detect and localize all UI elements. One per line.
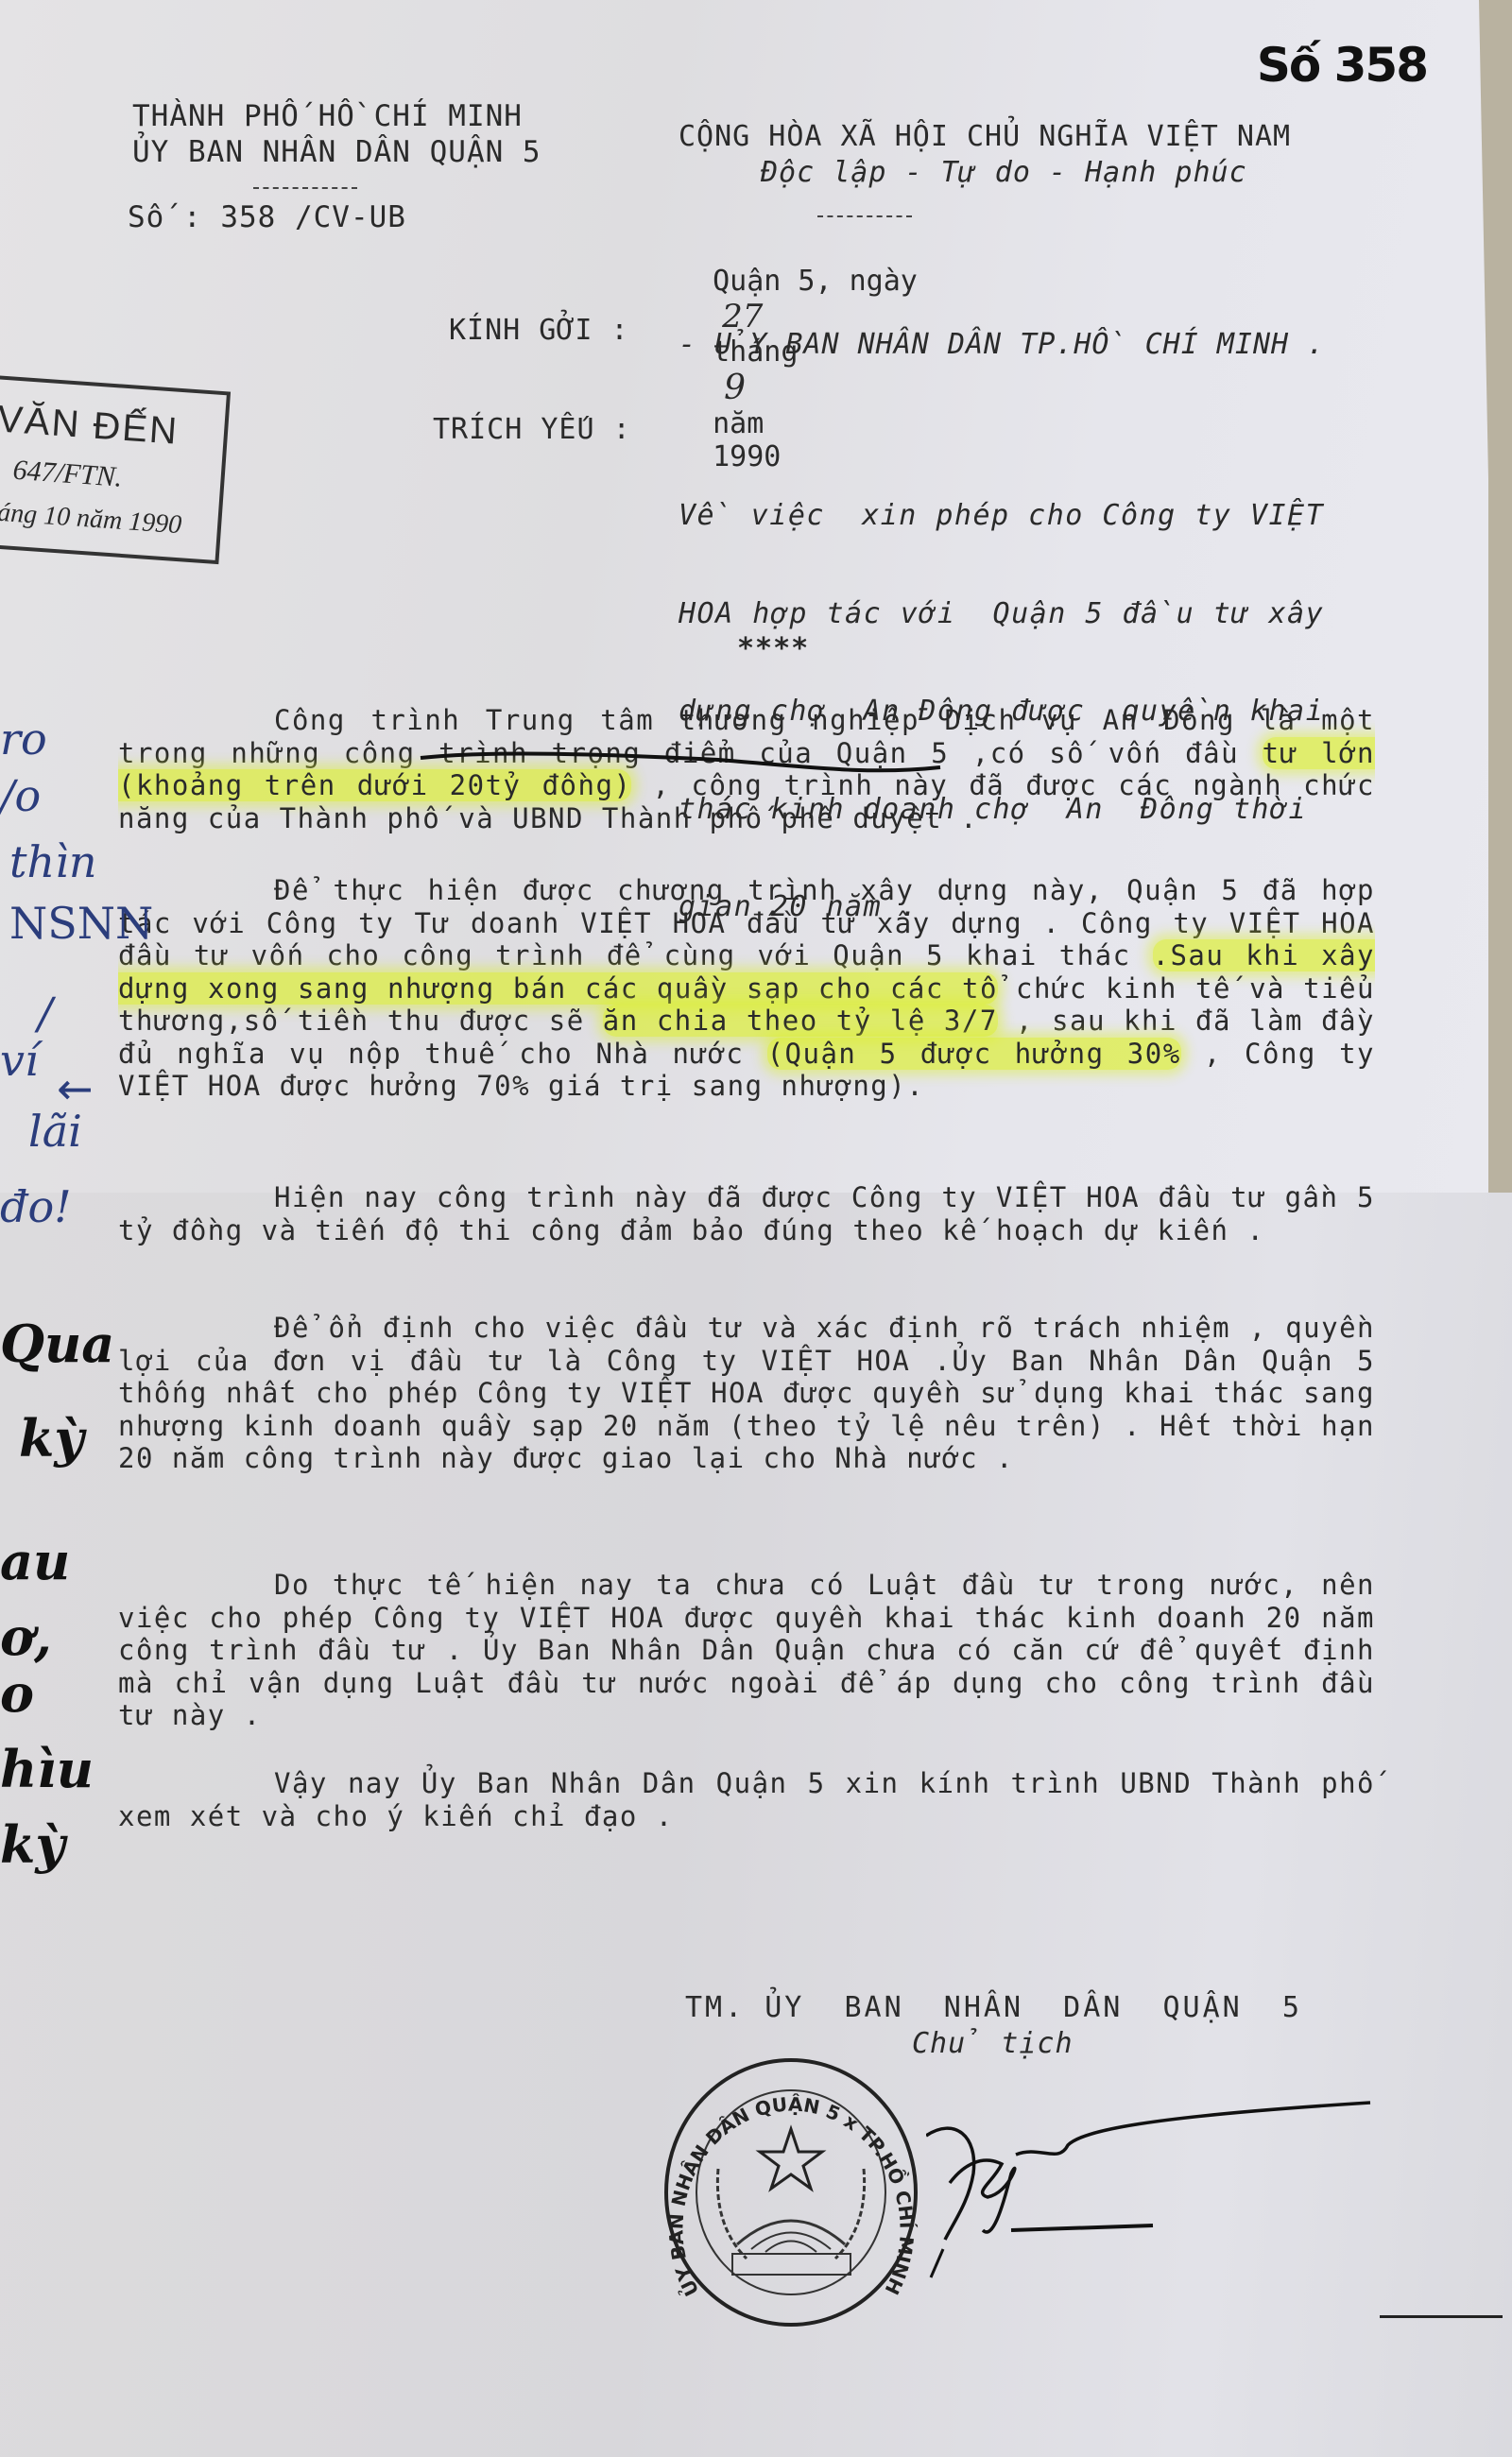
edge-mark	[1380, 2315, 1503, 2318]
seal-text: ỦY BAN NHÂN DÂN QUẬN 5 x TP.HỒ CHÍ MINH	[664, 2093, 918, 2301]
margin-note-blue-6: ví	[0, 1035, 39, 1086]
margin-note-black-7: kỳ	[0, 1814, 65, 1875]
body-text: Do thực tế hiện nay ta chưa có Luật đầu …	[118, 1569, 1375, 1731]
margin-note-blue-5: /	[38, 988, 53, 1039]
signature-title: TM. ỦY BAN NHÂN DÂN QUẬN 5	[685, 1994, 1302, 2022]
body-text: Vậy nay Ủy Ban Nhân Dân Quận 5 xin kính …	[118, 1767, 1375, 1832]
highlighted-text: (Quận 5 được hưởng 30%	[767, 1038, 1181, 1070]
margin-note-black-6: hìu	[0, 1739, 94, 1799]
header-right-divider	[817, 215, 912, 217]
star-icon	[760, 2129, 822, 2189]
pen-underline	[416, 747, 945, 784]
header-motto: Độc lập - Tự do - Hạnh phúc	[761, 159, 1247, 187]
margin-note-blue-4: NSNN	[9, 898, 153, 949]
recipient-label: KÍNH GỞI :	[449, 317, 629, 345]
body-text: Để ổn định cho việc đầu tư và xác định r…	[118, 1312, 1375, 1474]
header-city: THÀNH PHỐ HỒ CHÍ MINH	[132, 102, 523, 131]
document-number: Số : 358 /CV-UB	[128, 203, 406, 232]
signature	[926, 2098, 1380, 2287]
header-republic: CỘNG HÒA XÃ HỘI CHỦ NGHĨA VIỆT NAM	[679, 123, 1291, 151]
margin-note-black-2: kỳ	[19, 1408, 84, 1469]
recipient-value: - ỦY BAN NHÂN DÂN TP.HỒ CHÍ MINH .	[679, 331, 1325, 359]
body-paragraph-3: Hiện nay công trình này đã được Công ty …	[118, 1181, 1375, 1246]
received-stamp: VĂN ĐẾN 647/FTN. tháng 10 năm 1990	[0, 374, 231, 564]
svg-text:ỦY BAN NHÂN DÂN QUẬN 5 x TP.HỒ: ỦY BAN NHÂN DÂN QUẬN 5 x TP.HỒ CHÍ MINH	[664, 2093, 918, 2301]
margin-note-blue-2: /o	[0, 770, 41, 821]
margin-note-black-4: ơ,	[0, 1606, 52, 1667]
date-month-handwritten: 9	[724, 369, 746, 407]
body-paragraph-6: Vậy nay Ủy Ban Nhân Dân Quận 5 xin kính …	[118, 1767, 1375, 1832]
subject-label: TRÍCH YẾU :	[433, 416, 631, 444]
signature-role: Chủ tịch	[912, 2030, 1074, 2058]
margin-note-blue-3: thìn	[9, 836, 96, 887]
separator: ****	[737, 635, 809, 663]
margin-note-black-3: au	[0, 1531, 70, 1591]
margin-note-black-1: Qua	[0, 1314, 114, 1374]
body-text: Hiện nay công trình này đã được Công ty …	[118, 1181, 1375, 1246]
body-paragraph-4: Để ổn định cho việc đầu tư và xác định r…	[118, 1312, 1375, 1475]
header-left-divider	[253, 187, 357, 189]
body-paragraph-2: Để thực hiện được chương trình xây dựng …	[118, 874, 1375, 1103]
body-paragraph-5: Do thực tế hiện nay ta chưa có Luật đầu …	[118, 1569, 1375, 1732]
margin-note-blue-8: đo!	[0, 1181, 72, 1232]
handwritten-doc-number: Số 358	[1257, 38, 1427, 93]
margin-note-blue-1: ro	[0, 713, 47, 765]
official-seal: ỦY BAN NHÂN DÂN QUẬN 5 x TP.HỒ CHÍ MINH	[661, 2055, 921, 2329]
margin-note-blue-7: lãi	[28, 1106, 82, 1157]
highlighted-text: ăn chia theo tỷ lệ 3/7	[603, 1005, 998, 1037]
header-committee: ỦY BAN NHÂN DÂN QUẬN 5	[132, 138, 541, 167]
margin-note-black-5: o	[0, 1663, 34, 1724]
